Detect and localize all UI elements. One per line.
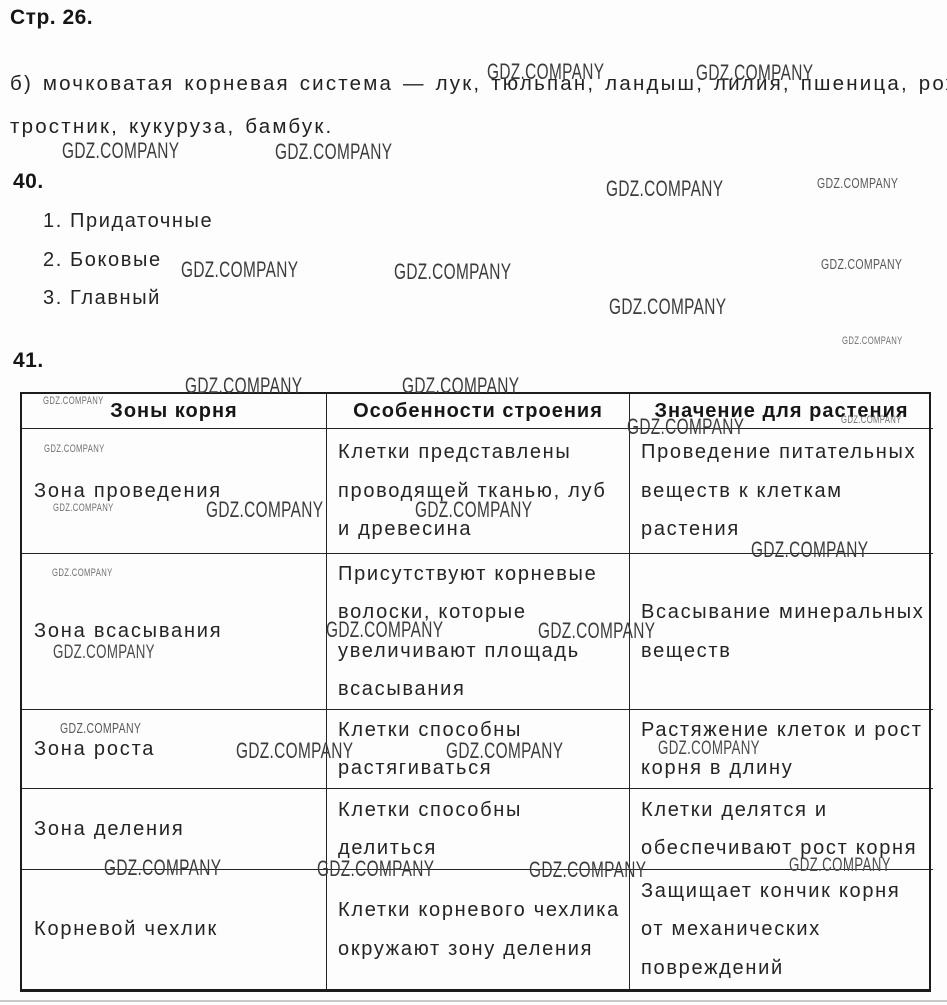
table-cell-meaning-5: Защищает кончик корня от механических по… [630,870,933,989]
table-cell-meaning-1: Проведение питательных веществ к клеткам… [630,429,933,554]
page-bottom-edge [0,1000,947,1002]
table-cell-meaning-2: Всасывание минеральных веществ [630,554,933,710]
watermark: GDZ.COMPANY [609,294,726,320]
table-cell-meaning-4: Клетки делятся и обеспечивают рост корня [630,789,933,870]
task-40-item-2: 2. Боковые [43,249,162,272]
watermark: GDZ.COMPANY [821,256,902,273]
watermark: GDZ.COMPANY [181,257,298,283]
table-cell-zone-2: Зона всасывания [22,554,327,710]
table-cell-zone-4: Зона деления [22,789,327,870]
table-cell-structure-4: Клетки способны делиться [327,789,630,870]
table-cell-zone-5: Корневой чехлик [22,870,327,989]
task-40-item-3: 3. Главный [43,287,161,310]
table-cell-zone-1: Зона проведения [22,429,327,554]
answer-b-line-1: б) мочковатая корневая система — лук, тю… [10,72,947,96]
table-cell-structure-3: Клетки способны растягиваться [327,710,630,789]
table-cell-meaning-3: Растяжение клеток и рост корня в длину [630,710,933,789]
watermark: GDZ.COMPANY [394,259,511,285]
task-40-item-1: 1. Придаточные [43,210,213,233]
task-41-label: 41. [13,349,44,373]
table-header-structure: Особенности строения [327,394,630,429]
task-40-label: 40. [13,170,44,194]
root-zones-table: Зоны корня Особенности строения Значение… [20,392,931,992]
table-cell-zone-3: Зона роста [22,710,327,789]
page-title: Стр. 26. [10,6,93,30]
watermark: GDZ.COMPANY [817,175,898,192]
table-cell-structure-5: Клетки корневого чехлика окружают зону д… [327,870,630,989]
watermark: GDZ.COMPANY [62,138,179,164]
answer-b-line-2: тростник, кукуруза, бамбук. [10,115,333,139]
scanned-answer-page: Стр. 26. б) мочковатая корневая система … [0,0,947,1005]
watermark: GDZ.COMPANY [275,139,392,165]
table-header-zones: Зоны корня [22,394,327,429]
table-header-meaning: Значение для растения [630,394,933,429]
table-cell-structure-2: Присутствуют корневые волоски, которые у… [327,554,630,710]
table-cell-structure-1: Клетки представлены проводящей тканью, л… [327,429,630,554]
watermark: GDZ.COMPANY [842,335,903,347]
watermark: GDZ.COMPANY [606,176,723,202]
